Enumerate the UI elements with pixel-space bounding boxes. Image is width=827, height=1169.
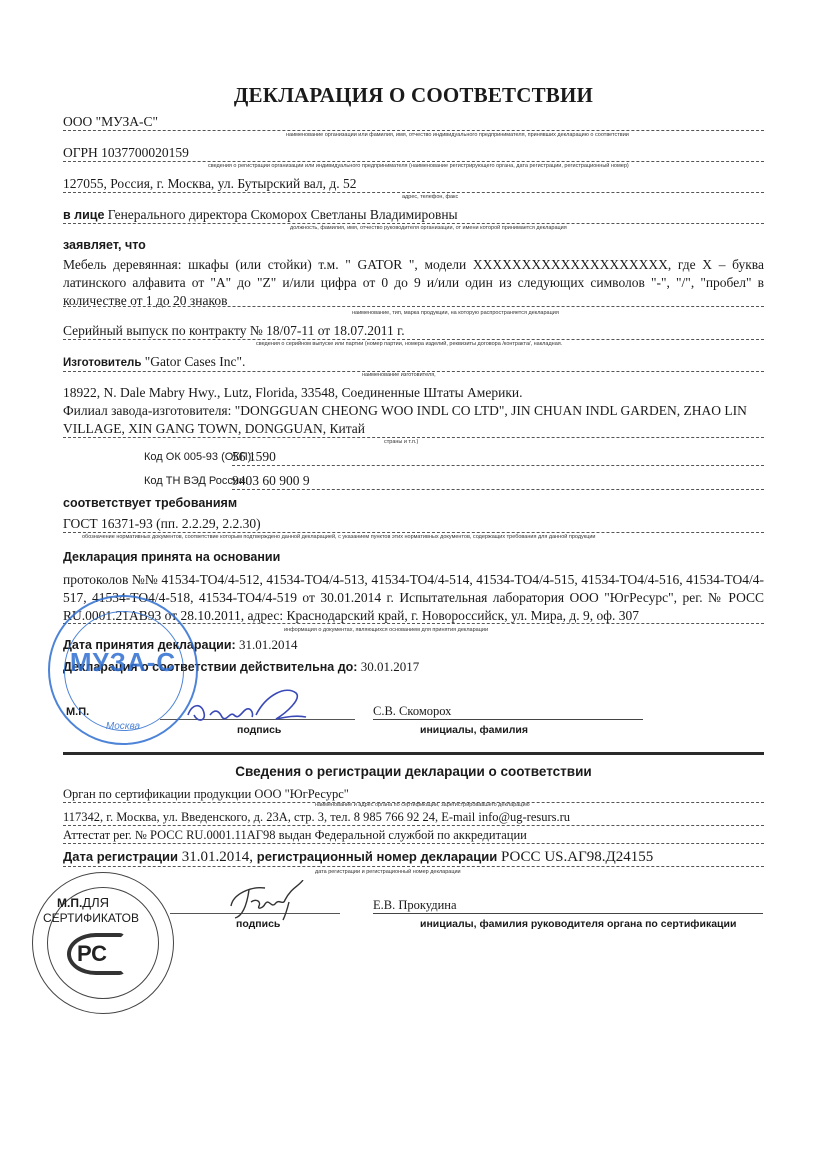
registration-number-value: РОСС US.АГ98.Д24155 bbox=[501, 849, 653, 865]
registration-date-field: Дата регистрации 31.01.2014, регистрацио… bbox=[63, 848, 764, 867]
stamp-center-text: МУЗА-С bbox=[50, 647, 196, 678]
stamp-city-text: Москва bbox=[50, 721, 196, 732]
cert-head-name: Е.В. Прокудина bbox=[373, 898, 457, 912]
attestat: Аттестат рег. № РОСС RU.0001.11АГ98 выда… bbox=[63, 828, 527, 842]
standard-hint: обозначение нормативных документов, соот… bbox=[82, 534, 596, 540]
standard-value: ГОСТ 16371-93 (пп. 2.2.29, 2.2.30) bbox=[63, 516, 261, 531]
product-hint: наименование, тип, марка продукции, на к… bbox=[352, 310, 559, 316]
manufacturer-address-line1: 18922, N. Dale Mabry Hwy., Lutz, Florida… bbox=[63, 385, 764, 401]
okp-code-value: 56 1590 bbox=[232, 449, 764, 466]
applicant-ogrn-field: ОГРН 1037700020159 bbox=[63, 145, 764, 162]
tnved-code-value: 9403 60 900 9 bbox=[232, 473, 764, 490]
cert-body-stamp: М.П.ДЛЯ СЕРТИФИКАТОВ РС bbox=[32, 872, 174, 1014]
manufacturer-name: "Gator Cases Inc". bbox=[145, 354, 246, 369]
signature-hint: подпись bbox=[237, 724, 281, 736]
section-divider bbox=[63, 752, 764, 755]
applicant-address: 127055, Россия, г. Москва, ул. Бутырский… bbox=[63, 176, 357, 191]
registration-heading: Сведения о регистрации декларации о соот… bbox=[0, 764, 827, 779]
signer-name-field: С.В. Скоморох bbox=[373, 704, 643, 720]
represented-by-value: Генерального директора Скоморох Светланы… bbox=[108, 207, 458, 222]
registration-date-label: Дата регистрации bbox=[63, 849, 178, 864]
represented-by-hint: должность, фамилия, имя, отчество руково… bbox=[290, 225, 567, 231]
applicant-ogrn: ОГРН 1037700020159 bbox=[63, 145, 189, 160]
applicant-name-field: ООО "МУЗА-С" bbox=[63, 114, 764, 131]
applicant-name: ООО "МУЗА-С" bbox=[63, 114, 158, 129]
basis-label: Декларация принята на основании bbox=[63, 550, 280, 564]
serial-release-hint: сведения о серийном выпуске или партии (… bbox=[256, 341, 562, 347]
valid-until-value: 30.01.2017 bbox=[361, 659, 420, 674]
manufacturer-label: Изготовитель bbox=[63, 357, 141, 369]
cert-body-hint: наименование и адрес органа по сертифика… bbox=[315, 802, 530, 808]
manufacturer-address-line3: VILLAGE, XIN GANG TOWN, DONGGUAN, Китай bbox=[63, 421, 764, 438]
product-description: Мебель деревянная: шкафы (или стойки) т.… bbox=[63, 256, 764, 310]
serial-release: Серийный выпуск по контракту № 18/07-11 … bbox=[63, 323, 405, 338]
cert-body-field: Орган по сертификации продукции ООО "ЮгР… bbox=[63, 786, 764, 803]
stamp2-mp-label: М.П.ДЛЯ bbox=[57, 895, 109, 910]
declares-label: заявляет, что bbox=[63, 238, 146, 252]
manufacturer-field: Изготовитель "Gator Cases Inc". bbox=[63, 354, 764, 372]
signer-name: С.В. Скоморох bbox=[373, 704, 451, 718]
basis-hint: информация о документах, являющихся осно… bbox=[284, 627, 488, 633]
cert-head-name-hint: инициалы, фамилия руководителя органа по… bbox=[420, 918, 736, 930]
standard-field: ГОСТ 16371-93 (пп. 2.2.29, 2.2.30) bbox=[63, 516, 764, 533]
cert-body-address: 117342, г. Москва, ул. Введенского, д. 2… bbox=[63, 810, 570, 824]
signature2-hint: подпись bbox=[236, 918, 280, 930]
accepted-date-value: 31.01.2014 bbox=[239, 637, 298, 652]
represented-by-label: в лице bbox=[63, 208, 104, 222]
applicant-name-hint: наименование организации или фамилия, им… bbox=[286, 132, 629, 138]
rst-logo-icon: РС bbox=[67, 933, 125, 975]
attestat-field: Аттестат рег. № РОСС RU.0001.11АГ98 выда… bbox=[63, 827, 764, 844]
registration-date-value: 31.01.2014, bbox=[182, 849, 253, 865]
represented-by-field: в лице Генерального директора Скоморох С… bbox=[63, 207, 764, 224]
product-underline bbox=[63, 306, 764, 307]
conforms-label: соответствует требованиям bbox=[63, 496, 237, 510]
applicant-ogrn-hint: сведения о регистрации организации или и… bbox=[208, 163, 629, 169]
manufacturer-address-line2: Филиал завода-изготовителя: "DONGGUAN CH… bbox=[63, 403, 764, 419]
declaration-page: ДЕКЛАРАЦИЯ О СООТВЕТСТВИИ ООО "МУЗА-С" н… bbox=[0, 0, 827, 1169]
cert-body: Орган по сертификации продукции ООО "ЮгР… bbox=[63, 787, 349, 801]
applicant-address-field: 127055, Россия, г. Москва, ул. Бутырский… bbox=[63, 176, 764, 193]
registration-date-hint: дата регистрации и регистрационный номер… bbox=[315, 869, 461, 875]
registration-number-label: регистрационный номер декларации bbox=[257, 849, 497, 864]
applicant-address-hint: адрес, телефон, факс bbox=[402, 194, 458, 200]
manufacturer-address-hint: страны и т.п.) bbox=[384, 439, 418, 445]
company-stamp: МУЗА-С Москва bbox=[48, 595, 198, 745]
manufacturer-name-hint: наименование изготовителя, bbox=[362, 372, 436, 378]
signer-name-hint: инициалы, фамилия bbox=[420, 724, 528, 736]
document-title: ДЕКЛАРАЦИЯ О СООТВЕТСТВИИ bbox=[0, 83, 827, 108]
cert-head-name-field: Е.В. Прокудина bbox=[373, 898, 763, 914]
stamp2-certificates-label: СЕРТИФИКАТОВ bbox=[43, 911, 139, 925]
serial-release-field: Серийный выпуск по контракту № 18/07-11 … bbox=[63, 323, 764, 340]
cert-body-address-field: 117342, г. Москва, ул. Введенского, д. 2… bbox=[63, 809, 764, 826]
